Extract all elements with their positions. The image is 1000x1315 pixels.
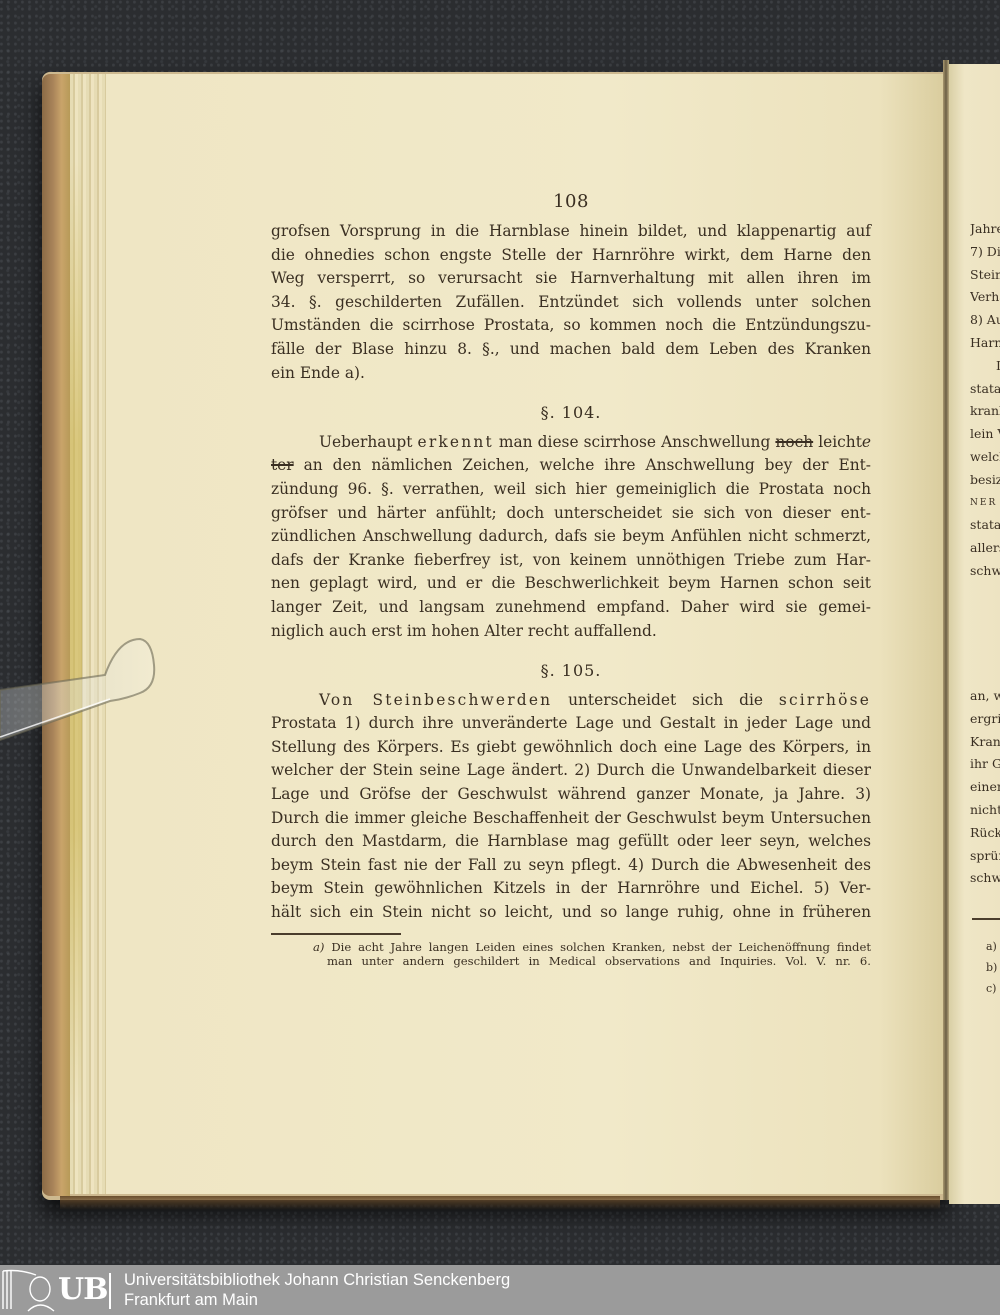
section-104-paragraph: Ueberhaupt erkennt man diese scirrhose A… <box>271 431 871 643</box>
next-page-text-top: Jahren 7) Die Steine Verhä 8) Au Harnv I… <box>970 218 1000 583</box>
text-line: gröfser und härter anfühlt; doch untersc… <box>271 502 871 526</box>
text-line: Ueberhaupt erkennt man diese scirrhose A… <box>271 431 871 455</box>
text-line: grofsen Vorsprung in die Harnblase hinei… <box>271 220 871 244</box>
struck-word: noch <box>775 433 813 451</box>
next-page-footnote-rule <box>972 918 1000 920</box>
section-heading-104: §. 104. <box>271 401 871 425</box>
institution-name: Universitätsbibliothek Johann Christian … <box>118 1270 510 1310</box>
text-line: Lage und Gröfse der Geschwulst während g… <box>271 783 871 807</box>
text-line: niglich auch erst im hohen Alter recht a… <box>271 620 871 644</box>
emphasized-word: Von Steinbeschwerden <box>319 691 552 709</box>
footnote-line: a) Die acht Jahre langen Leiden eines so… <box>313 940 871 955</box>
glass-page-weight-icon <box>0 635 160 745</box>
next-page-text-bottom: an, w ergriff Krank ihr Gr einer nicht R… <box>970 685 1000 890</box>
text-line: zündung 96. §. verrathen, weil sich hier… <box>271 478 871 502</box>
logo-text: UB <box>58 1272 108 1307</box>
library-logo: UB <box>0 1265 118 1315</box>
logo-divider <box>109 1273 111 1309</box>
text-line: Durch die immer gleiche Beschaffenheit d… <box>271 807 871 831</box>
page-shadow <box>60 1196 940 1210</box>
text-line: ter an den nämlichen Zeichen, welche ihr… <box>271 454 871 478</box>
text-line: Umständen die scirrhose Prostata, so kom… <box>271 314 871 338</box>
continued-paragraph: grofsen Vorsprung in die Harnblase hinei… <box>271 220 871 385</box>
library-footer: UB Universitätsbibliothek Johann Christi… <box>0 1265 1000 1315</box>
text-line: zündlichen Anschwellung dadurch, dafs si… <box>271 525 871 549</box>
text-line: dafs der Kranke fieberfrey ist, von kein… <box>271 549 871 573</box>
page-number: 108 <box>271 190 871 214</box>
text-line: Stellung des Körpers. Es giebt gewöhnlic… <box>271 736 871 760</box>
handwritten-correction: e <box>862 433 871 451</box>
text-line: die ohnedies schon engste Stelle der Har… <box>271 244 871 268</box>
text-line: ein Ende a). <box>271 362 871 386</box>
section-heading-105: §. 105. <box>271 659 871 683</box>
text-line: beym Stein fast nie der Fall zu seyn pfl… <box>271 854 871 878</box>
text-line: 34. §. geschilderten Zufällen. Entzündet… <box>271 291 871 315</box>
text-line: fälle der Blase hinzu 8. §., und machen … <box>271 338 871 362</box>
text-line: welcher der Stein seine Lage ändert. 2) … <box>271 759 871 783</box>
text-line: durch den Mastdarm, die Harnblase mag ge… <box>271 830 871 854</box>
footnote-line: man unter andern geschildert in Medical … <box>313 954 871 969</box>
section-105-paragraph: Von Steinbeschwerden unterscheidet sich … <box>271 689 871 925</box>
senckenberg-portrait-icon <box>0 1265 58 1315</box>
emphasized-word: erkennt <box>418 433 494 451</box>
struck-word: ter <box>271 456 294 474</box>
next-page-footnote-markers: a) b) c) <box>986 936 997 999</box>
emphasized-word: scirrhöse <box>779 691 871 709</box>
footnote-marker: a) <box>313 940 324 954</box>
text-line: langer Zeit, und langsam zunehmend empfa… <box>271 596 871 620</box>
book-scan: 108 grofsen Vorsprung in die Harnblase h… <box>0 0 1000 1265</box>
text-line: nen geplagt wird, und er die Beschwerlic… <box>271 572 871 596</box>
text-line: Prostata 1) durch ihre unveränderte Lage… <box>271 712 871 736</box>
text-line: beym Stein gewöhnlichen Kitzels in der H… <box>271 877 871 901</box>
text-line: Weg versperrt, so verursacht sie Harnver… <box>271 267 871 291</box>
footnote: a) Die acht Jahre langen Leiden eines so… <box>271 940 871 969</box>
text-line: Von Steinbeschwerden unterscheidet sich … <box>271 689 871 713</box>
text-line: hält sich ein Stein nicht so leicht, und… <box>271 901 871 925</box>
footnote-rule <box>271 933 401 935</box>
page-text: 108 grofsen Vorsprung in die Harnblase h… <box>271 190 871 969</box>
